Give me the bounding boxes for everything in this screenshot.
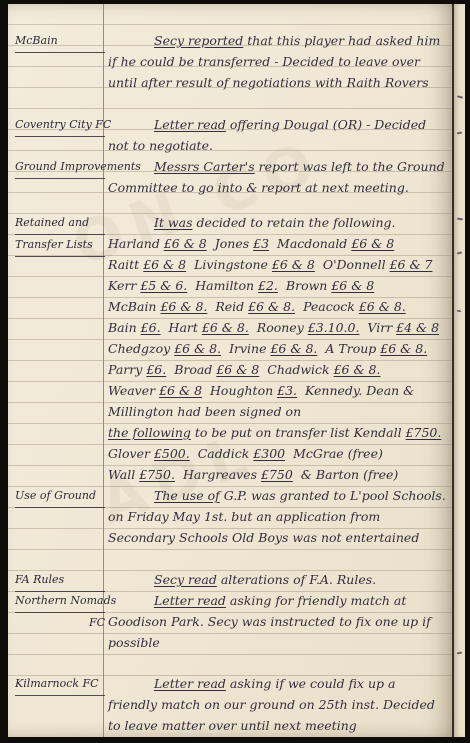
- minute-entry: Ground ImprovementsMessrs Carter's repor…: [8, 156, 448, 212]
- entry-text: decided to retain the following.: [197, 215, 396, 230]
- player-entry: Broad £6 & 8: [174, 362, 259, 377]
- player-name: Houghton: [210, 383, 273, 398]
- entry-body: The use of G.P. was granted to L'pool Sc…: [108, 485, 448, 548]
- player-name: Wall: [108, 467, 135, 482]
- player-entry: Macdonald £6 & 8: [277, 236, 394, 251]
- margin-heading: Retained andTransfer Lists: [15, 213, 105, 257]
- player-fee: £3.10.0.: [308, 320, 360, 335]
- player-fee: £6.: [141, 320, 161, 335]
- player-entry: Brown £6 & 8: [286, 278, 374, 293]
- entry-paragraph: Letter read asking if we could fix up a …: [108, 673, 448, 736]
- player-entry: Chedgzoy £6 & 8.: [108, 341, 221, 356]
- player-entry: A Troup £6 & 8.: [325, 341, 427, 356]
- adjacent-page-sliver: [452, 4, 465, 737]
- player-entry: Hargreaves £750: [183, 467, 293, 482]
- player-name: Kerr: [108, 278, 136, 293]
- player-name: Bain: [108, 320, 137, 335]
- minute-entry: Northern NomadsFCLetter read asking for …: [8, 590, 448, 653]
- entry-body: Secy reported that this player had asked…: [108, 30, 448, 93]
- entry-lead: Messrs Carter's: [154, 159, 255, 174]
- player-entry: Hart £6 & 8.: [169, 320, 249, 335]
- player-name: Hargreaves: [183, 467, 257, 482]
- margin-heading: Use of Ground: [15, 486, 105, 508]
- player-fee: £3.: [277, 383, 297, 398]
- entry-lead: Secy reported: [154, 33, 243, 48]
- margin-heading-line: Kilmarnock FC: [15, 674, 105, 696]
- player-fee: £6 & 8.: [334, 362, 381, 377]
- player-fee: £3: [253, 236, 269, 251]
- player-fee: £6 & 8: [216, 362, 259, 377]
- margin-heading: Kilmarnock FC: [15, 674, 105, 696]
- player-name: Weaver: [108, 383, 155, 398]
- entry-text: to be put on transfer list: [195, 425, 350, 440]
- player-entry: Bain £6.: [108, 320, 161, 335]
- player-entry: Wall £750.: [108, 467, 175, 482]
- minute-entry: Retained andTransfer ListsIt was decided…: [8, 212, 448, 485]
- player-name: McBain: [108, 299, 157, 314]
- margin-heading-line: FC: [15, 613, 113, 634]
- entry-lead: Secy read: [154, 572, 217, 587]
- player-fee: £750.: [139, 467, 175, 482]
- entry-lead: the following: [108, 425, 191, 440]
- player-fee: £6 & 8: [159, 383, 202, 398]
- player-entry: Glover £500.: [108, 446, 190, 461]
- entry-body: Letter read offering Dougal (OR) - Decid…: [108, 114, 448, 156]
- ink-fragment: [457, 95, 463, 98]
- player-fee: £750: [261, 467, 293, 482]
- entry-paragraph: It was decided to retain the following. …: [108, 212, 448, 422]
- player-name: Brown: [286, 278, 327, 293]
- player-fee: £750.: [406, 425, 442, 440]
- player-entry: Kendall £750.: [354, 425, 442, 440]
- player-name: Hart: [169, 320, 198, 335]
- player-name: Broad: [174, 362, 212, 377]
- entry-body: Letter read asking if we could fix up a …: [108, 673, 448, 736]
- player-entry: Jones £3: [215, 236, 269, 251]
- entry-lead: Letter read: [154, 117, 226, 132]
- player-name: Caddick: [198, 446, 250, 461]
- player-fee: £6 & 7: [390, 257, 433, 272]
- player-fee: £300: [253, 446, 285, 461]
- margin-heading-line: Retained and: [15, 213, 105, 235]
- player-name: Jones: [215, 236, 249, 251]
- minute-entry: Kilmarnock FCLetter read asking if we co…: [8, 673, 448, 736]
- player-entry: Reid £6 & 8.: [215, 299, 295, 314]
- player-entry: Kerr £5 & 6.: [108, 278, 187, 293]
- entry-paragraph: Messrs Carter's report was left to the G…: [108, 156, 448, 198]
- margin-heading-line: Ground Improvements: [15, 157, 105, 179]
- player-entry: Rooney £3.10.0.: [257, 320, 360, 335]
- photo-background: ON CO ADL McBainSecy reported that this …: [0, 0, 470, 743]
- player-fee: £6.: [146, 362, 166, 377]
- player-name: O'Donnell: [323, 257, 386, 272]
- margin-heading-line: FA Rules: [15, 570, 105, 592]
- transfer-paragraph: the following to be put on transfer list…: [108, 422, 448, 485]
- player-name: Peacock: [303, 299, 355, 314]
- player-fee: (free): [363, 467, 398, 482]
- player-entry: Hamilton £2.: [195, 278, 278, 293]
- margin-heading: McBain: [15, 31, 105, 53]
- player-name: Raitt: [108, 257, 139, 272]
- entry-paragraph: The use of G.P. was granted to L'pool Sc…: [108, 485, 448, 548]
- minute-entry: Use of GroundThe use of G.P. was granted…: [8, 485, 448, 569]
- player-entry: Raitt £6 & 8: [108, 257, 186, 272]
- entry-lead: Letter read: [154, 593, 226, 608]
- player-fee: £6 & 8: [351, 236, 394, 251]
- player-entry: Chadwick £6 & 8.: [267, 362, 380, 377]
- ink-fragment: [457, 652, 462, 655]
- player-name: Harland: [108, 236, 160, 251]
- player-name: Kendall: [354, 425, 402, 440]
- entry-paragraph: Secy read alterations of F.A. Rules.: [108, 569, 448, 590]
- player-fee: £6 & 8: [164, 236, 207, 251]
- player-entry: McGrae (free): [293, 446, 383, 461]
- player-name: & Barton: [301, 467, 359, 482]
- player-name: Parry: [108, 362, 142, 377]
- minutes-entries: McBainSecy reported that this player had…: [8, 30, 448, 736]
- margin-heading-line: McBain: [15, 31, 105, 53]
- entry-paragraph: Letter read offering Dougal (OR) - Decid…: [108, 114, 448, 156]
- player-entry: Weaver £6 & 8: [108, 383, 202, 398]
- player-name: Chadwick: [267, 362, 329, 377]
- player-fee: £6 & 8.: [174, 341, 221, 356]
- player-fee: £6 & 8: [272, 257, 315, 272]
- entry-body: Messrs Carter's report was left to the G…: [108, 156, 448, 198]
- minute-book-page: ON CO ADL McBainSecy reported that this …: [8, 4, 452, 737]
- player-entry: Virr £4 & 8: [367, 320, 439, 335]
- minute-entry: McBainSecy reported that this player had…: [8, 30, 448, 114]
- player-fee: £6 & 8.: [270, 341, 317, 356]
- entry-paragraph: Secy reported that this player had asked…: [108, 30, 448, 93]
- ink-fragment: [457, 251, 462, 254]
- player-entry: Caddick £300: [198, 446, 285, 461]
- player-name: Virr: [367, 320, 392, 335]
- entry-body: Letter read asking for friendly match at…: [108, 590, 448, 653]
- margin-heading-line: Transfer Lists: [15, 235, 105, 257]
- player-fee: £6 & 8.: [202, 320, 249, 335]
- entry-paragraph: Letter read asking for friendly match at…: [108, 590, 448, 653]
- margin-heading: Coventry City FC: [15, 115, 105, 137]
- player-fee: £6 & 8.: [160, 299, 207, 314]
- player-fee: £2.: [258, 278, 278, 293]
- player-fee: £6 & 8.: [380, 341, 427, 356]
- margin-heading: FA Rules: [15, 570, 105, 592]
- player-fee: £5 & 6.: [140, 278, 187, 293]
- player-entry: O'Donnell £6 & 7: [323, 257, 433, 272]
- player-entry: Irvine £6 & 8.: [229, 341, 317, 356]
- entry-lead: Letter read: [154, 676, 226, 691]
- minute-entry: FA RulesSecy read alterations of F.A. Ru…: [8, 569, 448, 590]
- player-name: Reid: [215, 299, 244, 314]
- player-fee: £6 & 8: [331, 278, 374, 293]
- player-name: Hamilton: [195, 278, 254, 293]
- player-fee: (free): [348, 446, 383, 461]
- player-fee: £6 & 8.: [359, 299, 406, 314]
- player-fee: £500.: [154, 446, 190, 461]
- entry-body: It was decided to retain the following. …: [108, 212, 448, 485]
- ink-fragment: [457, 132, 462, 135]
- player-entry: Livingstone £6 & 8: [194, 257, 315, 272]
- player-name: Irvine: [229, 341, 266, 356]
- entry-lead: The use of: [154, 488, 220, 503]
- player-entry: Harland £6 & 8: [108, 236, 207, 251]
- margin-heading-line: Northern Nomads: [15, 591, 105, 613]
- player-fee: £6 & 8: [143, 257, 186, 272]
- ink-fragment: [457, 218, 463, 221]
- minute-entry: Coventry City FCLetter read offering Dou…: [8, 114, 448, 156]
- entry-text: alterations of F.A. Rules.: [221, 572, 376, 587]
- player-fee: £4 & 8: [396, 320, 439, 335]
- entry-lead: It was: [154, 215, 193, 230]
- margin-heading: Northern NomadsFC: [15, 591, 105, 634]
- margin-heading-line: Coventry City FC: [15, 115, 105, 137]
- player-name: A Troup: [325, 341, 376, 356]
- player-entry: Houghton £3.: [210, 383, 297, 398]
- entry-body: Secy read alterations of F.A. Rules.: [108, 569, 448, 590]
- player-name: Rooney: [257, 320, 304, 335]
- player-entry: Peacock £6 & 8.: [303, 299, 406, 314]
- player-entry: McBain £6 & 8.: [108, 299, 207, 314]
- player-fee: £6 & 8.: [248, 299, 295, 314]
- player-name: Chedgzoy: [108, 341, 170, 356]
- player-name: Macdonald: [277, 236, 347, 251]
- margin-heading-line: Use of Ground: [15, 486, 105, 508]
- player-name: McGrae: [293, 446, 344, 461]
- player-name: Livingstone: [194, 257, 268, 272]
- margin-heading: Ground Improvements: [15, 157, 105, 179]
- ink-fragment: [457, 310, 461, 313]
- player-entry: & Barton (free): [301, 467, 398, 482]
- player-name: Glover: [108, 446, 150, 461]
- player-entry: Parry £6.: [108, 362, 166, 377]
